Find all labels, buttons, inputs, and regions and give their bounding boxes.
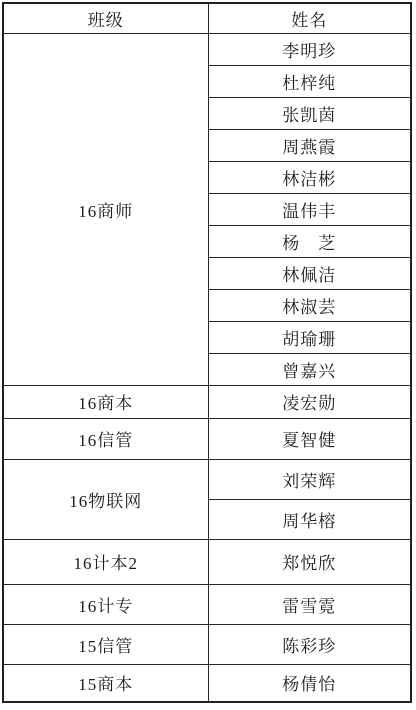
class-roster-table: 班级 姓名 16商师李明珍杜梓纯张凯茵周燕霞林洁彬温伟丰杨 芝林佩洁林淑芸胡瑜珊… bbox=[2, 2, 412, 703]
class-cell: 16计专 bbox=[3, 584, 208, 624]
name-cell: 胡瑜珊 bbox=[208, 321, 411, 353]
table-row: 16物联网刘荣辉 bbox=[3, 459, 411, 499]
name-cell: 杨 芝 bbox=[208, 225, 411, 257]
document-page: 班级 姓名 16商师李明珍杜梓纯张凯茵周燕霞林洁彬温伟丰杨 芝林佩洁林淑芸胡瑜珊… bbox=[0, 0, 416, 706]
name-cell: 林洁彬 bbox=[208, 161, 411, 193]
table-row: 16计专雷雪霓 bbox=[3, 584, 411, 624]
table-row: 16信管夏智健 bbox=[3, 418, 411, 459]
class-cell: 16计本2 bbox=[3, 539, 208, 584]
name-cell: 周燕霞 bbox=[208, 129, 411, 161]
name-cell: 雷雪霓 bbox=[208, 584, 411, 624]
table-row: 16商师李明珍 bbox=[3, 33, 411, 65]
name-cell: 曾嘉兴 bbox=[208, 353, 411, 385]
table-row: 15信管陈彩珍 bbox=[3, 624, 411, 664]
column-header-name: 姓名 bbox=[208, 3, 411, 33]
class-cell: 16商师 bbox=[3, 33, 208, 385]
name-cell: 周华榕 bbox=[208, 499, 411, 539]
class-cell: 15商本 bbox=[3, 664, 208, 702]
table-header-row: 班级 姓名 bbox=[3, 3, 411, 33]
column-header-class: 班级 bbox=[3, 3, 208, 33]
name-cell: 凌宏勋 bbox=[208, 385, 411, 418]
name-cell: 温伟丰 bbox=[208, 193, 411, 225]
name-cell: 杜梓纯 bbox=[208, 65, 411, 97]
name-cell: 李明珍 bbox=[208, 33, 411, 65]
class-cell: 16信管 bbox=[3, 418, 208, 459]
table-row: 16计本2郑悦欣 bbox=[3, 539, 411, 584]
name-cell: 夏智健 bbox=[208, 418, 411, 459]
table-row: 15商本杨倩怡 bbox=[3, 664, 411, 702]
table-row: 16商本凌宏勋 bbox=[3, 385, 411, 418]
name-cell: 林淑芸 bbox=[208, 289, 411, 321]
name-cell: 刘荣辉 bbox=[208, 459, 411, 499]
name-cell: 林佩洁 bbox=[208, 257, 411, 289]
class-cell: 15信管 bbox=[3, 624, 208, 664]
class-cell: 16商本 bbox=[3, 385, 208, 418]
name-cell: 郑悦欣 bbox=[208, 539, 411, 584]
name-cell: 杨倩怡 bbox=[208, 664, 411, 702]
name-cell: 陈彩珍 bbox=[208, 624, 411, 664]
class-cell: 16物联网 bbox=[3, 459, 208, 539]
name-cell: 张凯茵 bbox=[208, 97, 411, 129]
